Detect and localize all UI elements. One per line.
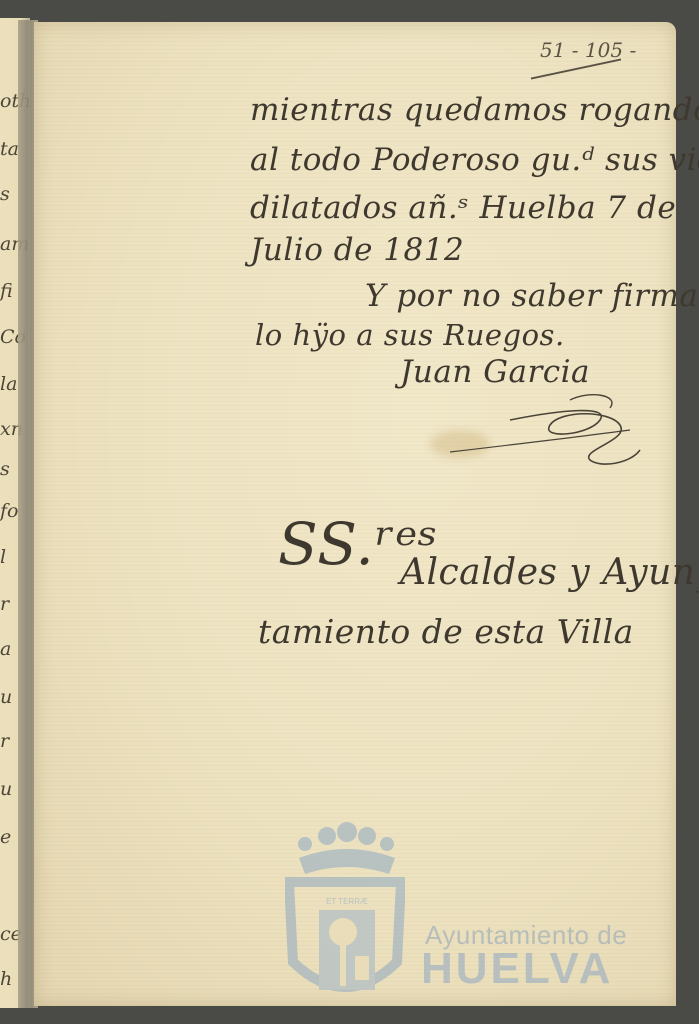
text-line-4: Julio de 1812 <box>250 232 464 268</box>
folio-text: 51 - 105 - <box>540 38 636 62</box>
signature-name: Juan Garcia <box>400 354 590 390</box>
text-line-2: al todo Poderoso gu.ᵈ sus vidas <box>250 142 699 178</box>
left-fragment: u <box>0 778 12 800</box>
text-line-1: mientras quedamos rogando <box>250 92 699 128</box>
left-fragment: h <box>0 968 12 990</box>
left-fragment: s <box>0 458 10 480</box>
address-line-2: tamiento de esta Villa <box>258 612 634 651</box>
left-fragment: fi <box>0 280 13 302</box>
left-fragment: r <box>0 593 9 615</box>
left-fragment: la <box>0 373 17 395</box>
signature-rubric-icon <box>450 390 650 470</box>
watermark-title: HUELVA <box>421 944 613 994</box>
text-line-3: dilatados añ.ˢ Huelba 7 de <box>250 190 676 226</box>
left-fragment: u <box>0 686 12 708</box>
left-fragment: e <box>0 826 11 848</box>
left-fragment: ta <box>0 138 19 160</box>
folio-number: 51 - 105 - <box>540 38 636 62</box>
text-line-6: lo hÿo a sus Ruegos. <box>255 318 565 352</box>
left-fragment: a <box>0 638 11 660</box>
left-fragment: s <box>0 183 10 205</box>
left-fragment: l <box>0 546 6 568</box>
address-line-1: Alcaldes y Ayun_ <box>400 552 699 593</box>
left-fragment: fo <box>0 500 18 522</box>
left-fragment: r <box>0 730 9 752</box>
text-line-5: Y por no saber firmar <box>365 278 699 314</box>
huelva-watermark: ET TERRÆ Ayuntamiento de HUELVA <box>285 822 685 1012</box>
svg-text:ET TERRÆ: ET TERRÆ <box>326 897 368 906</box>
coat-of-arms-icon: ET TERRÆ <box>285 822 405 1007</box>
